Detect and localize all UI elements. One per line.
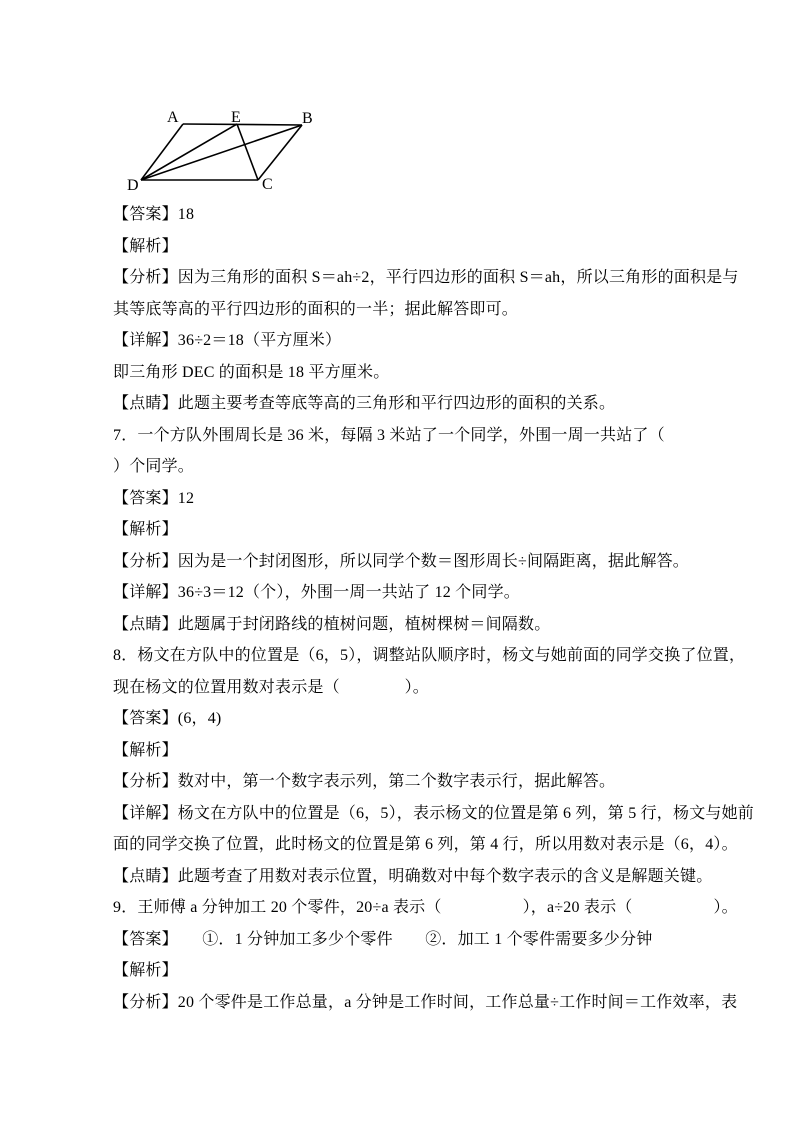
doc-line: 【解析】	[113, 514, 678, 546]
doc-line: 【答案】12	[113, 483, 678, 515]
figure-edges	[141, 124, 302, 180]
doc-line: 【答案】 ①．1 分钟加工多少个零件 ②．加工 1 个零件需要多少分钟	[113, 924, 678, 956]
doc-line: 【点睛】此题主要考查等底等高的三角形和平行四边形的面积的关系。	[113, 388, 678, 420]
doc-line: 【解析】	[113, 955, 678, 987]
parallelogram-figure: A E B D C	[120, 95, 320, 200]
vertex-label-c: C	[262, 176, 273, 193]
doc-line: 【解析】	[113, 231, 678, 263]
doc-line: 【分析】数对中，第一个数字表示列，第二个数字表示行，据此解答。	[113, 766, 678, 798]
doc-line: 即三角形 DEC 的面积是 18 平方厘米。	[113, 357, 678, 389]
doc-line: 【分析】因为是一个封闭图形，所以同学个数＝图形周长÷间隔距离，据此解答。	[113, 546, 678, 578]
doc-line: 【分析】20 个零件是工作总量，a 分钟是工作时间，工作总量÷工作时间＝工作效率…	[113, 987, 678, 1019]
vertex-label-a: A	[167, 109, 179, 126]
vertex-label-d: D	[127, 177, 139, 194]
doc-line: 其等底等高的平行四边形的面积的一半；据此解答即可。	[113, 294, 678, 326]
geometry-diagram: A E B D C	[120, 95, 320, 200]
doc-line: 【详解】36÷3＝12（个），外围一周一共站了 12 个同学。	[113, 577, 678, 609]
vertex-label-b: B	[302, 110, 313, 127]
doc-line: 【答案】18	[113, 199, 678, 231]
doc-line: 【详解】杨文在方队中的位置是（6，5），表示杨文的位置是第 6 列，第 5 行，…	[113, 798, 678, 830]
doc-line: 现在杨文的位置用数对表示是（ ）。	[113, 672, 678, 704]
doc-line: 【点睛】此题考查了用数对表示位置，明确数对中每个数字表示的含义是解题关键。	[113, 861, 678, 893]
doc-line: 7．一个方队外围周长是 36 米，每隔 3 米站了一个同学，外围一周一共站了（	[113, 420, 678, 452]
doc-line: 【分析】因为三角形的面积 S＝ah÷2，平行四边形的面积 S＝ah，所以三角形的…	[113, 262, 678, 294]
doc-text-block: 【答案】18【解析】【分析】因为三角形的面积 S＝ah÷2，平行四边形的面积 S…	[113, 199, 678, 1018]
doc-line: 【点睛】此题属于封闭路线的植树问题，植树棵树＝间隔数。	[113, 609, 678, 641]
doc-line: 【解析】	[113, 735, 678, 767]
doc-line: 【答案】(6，4)	[113, 703, 678, 735]
vertex-label-e: E	[231, 109, 241, 126]
doc-line: 9．王师傅 a 分钟加工 20 个零件，20÷a 表示（ ），a÷20 表示（ …	[113, 892, 678, 924]
doc-line: ）个同学。	[113, 451, 678, 483]
doc-line: 【详解】36÷2＝18（平方厘米）	[113, 325, 678, 357]
doc-line: 8．杨文在方队中的位置是（6，5），调整站队顺序时，杨文与她前面的同学交换了位置…	[113, 640, 678, 672]
doc-line: 面的同学交换了位置，此时杨文的位置是第 6 列，第 4 行，所以用数对表示是（6…	[113, 829, 678, 861]
document-page: A E B D C 【答案】18【解析】【分析】因为三角形的面积 S＝ah÷2，…	[0, 0, 794, 1123]
